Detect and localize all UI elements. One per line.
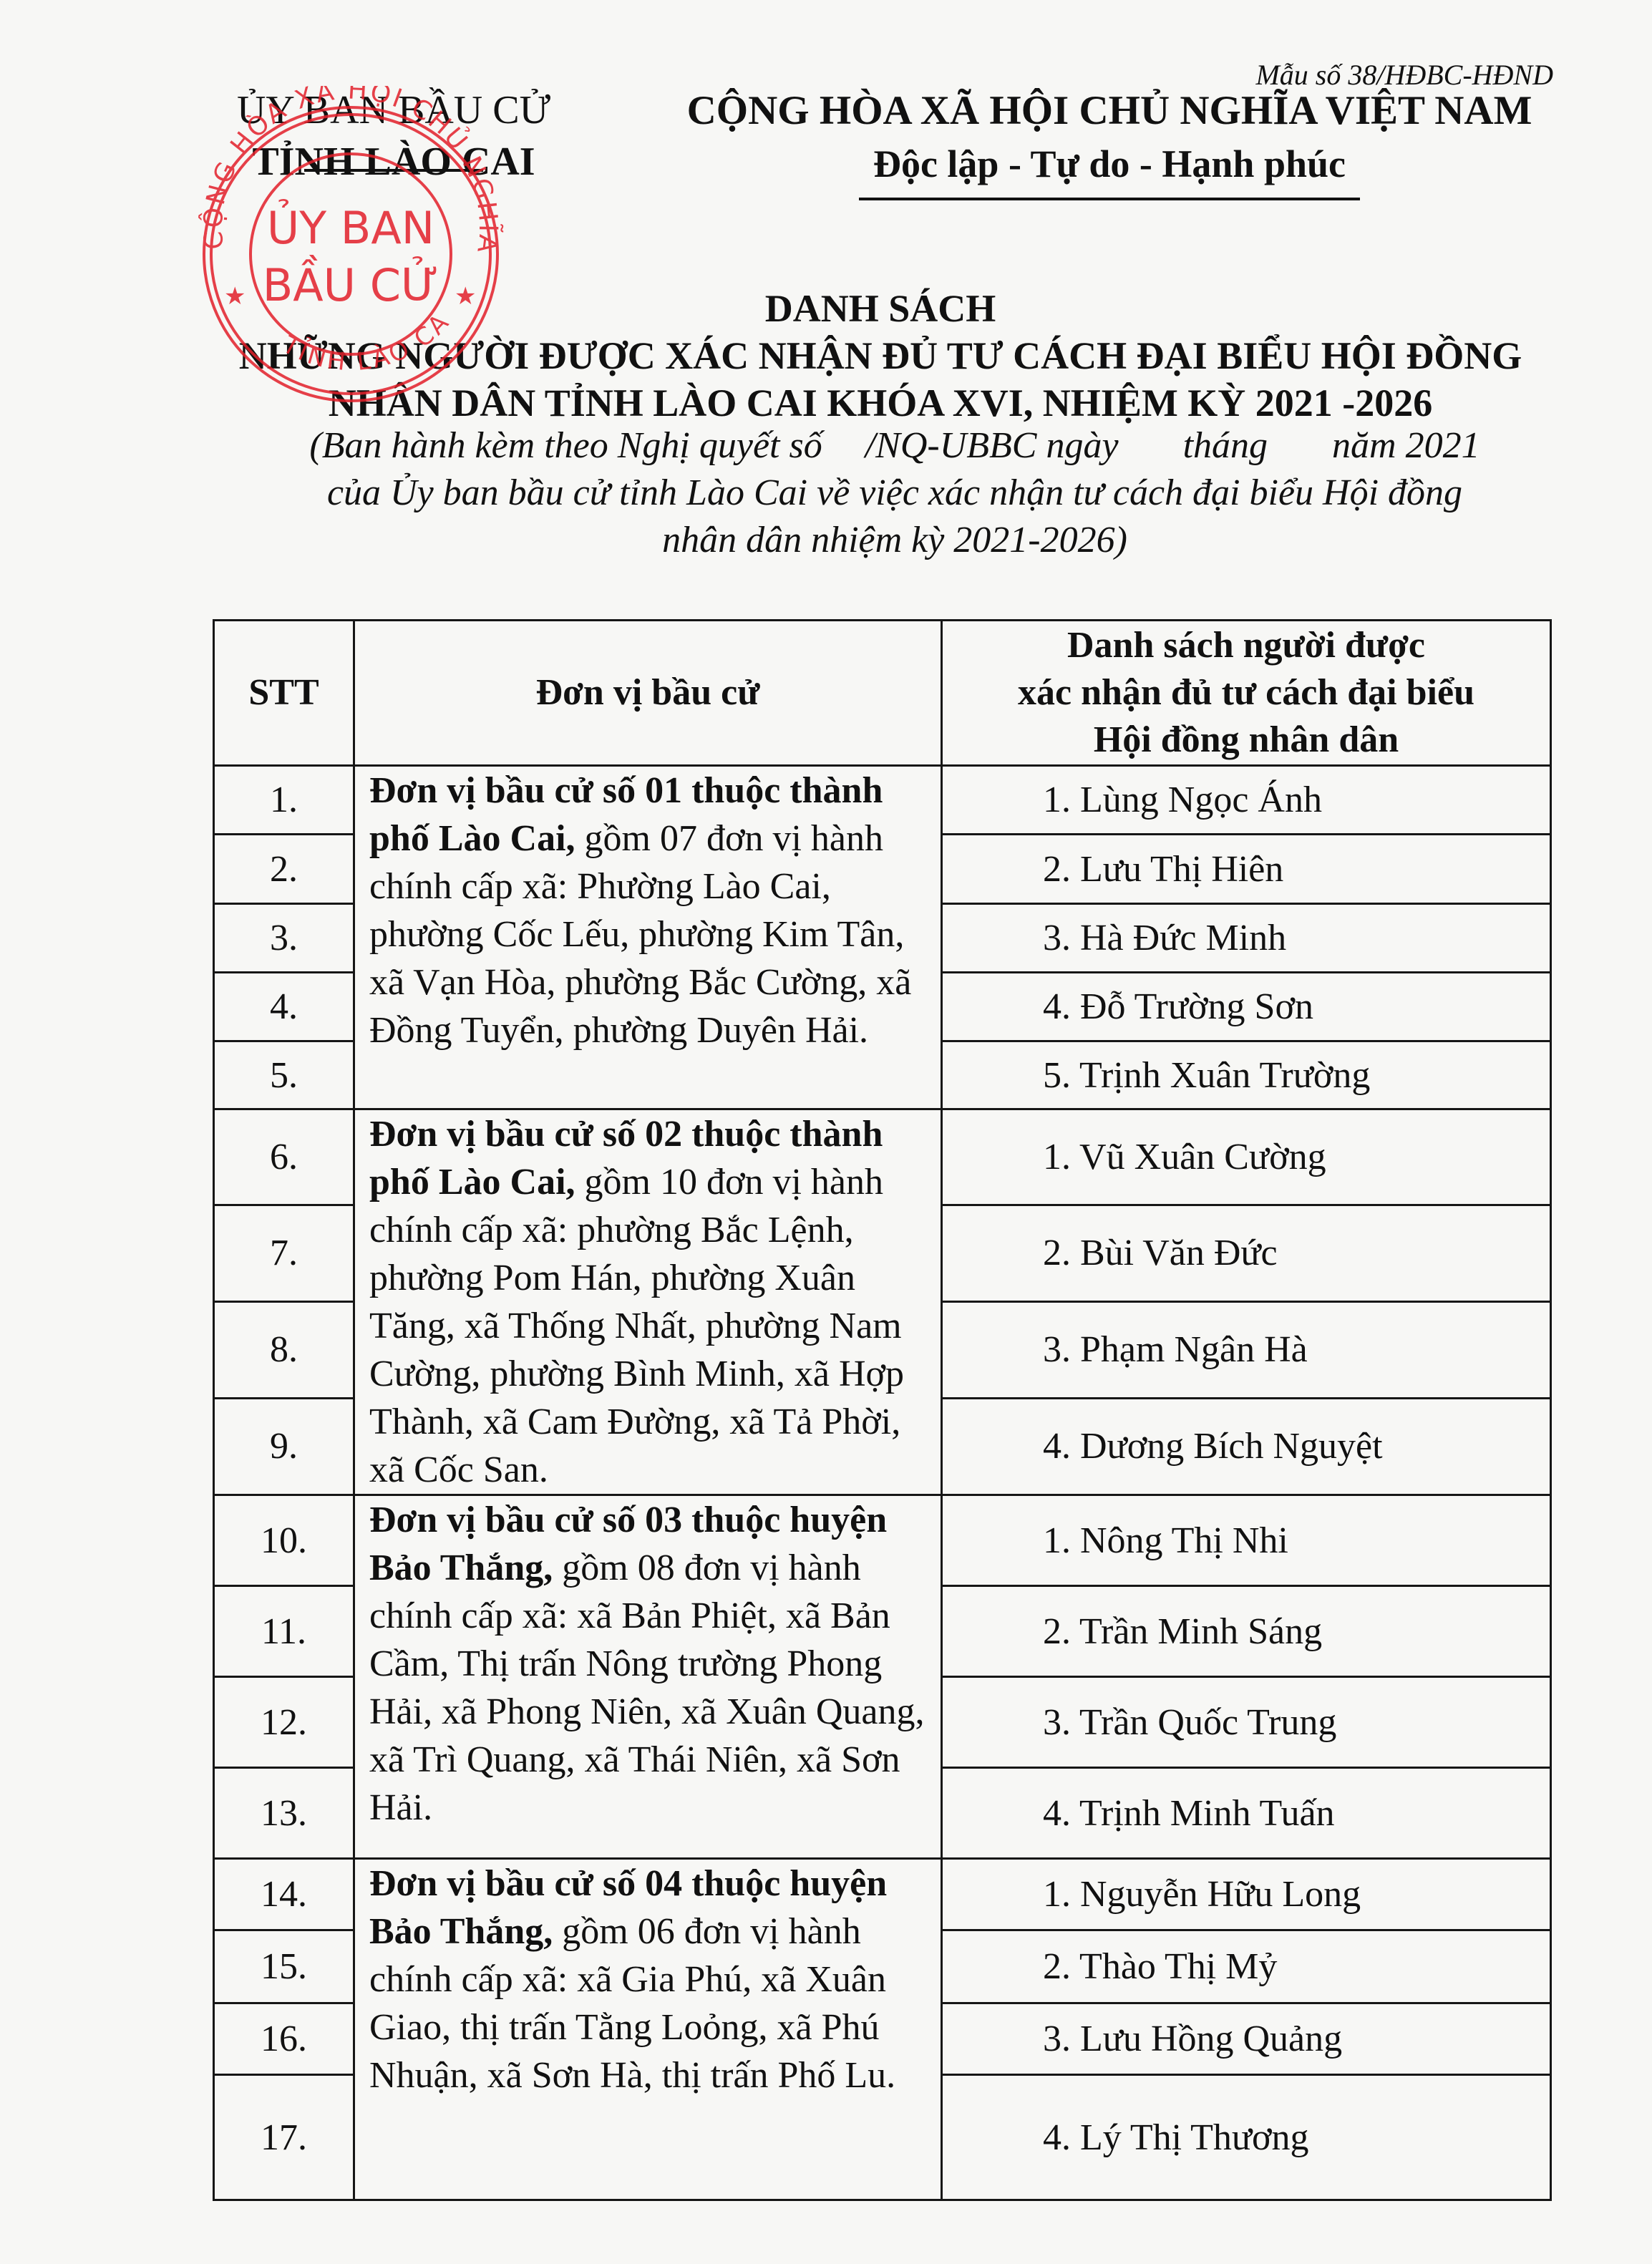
cell-delegate-name: 1. Vũ Xuân Cường	[942, 1109, 1551, 1205]
cell-delegate-name: 4. Lý Thị Thương	[942, 2075, 1551, 2200]
cell-stt: 5.	[214, 1041, 354, 1109]
subtitle-line-1: (Ban hành kèm theo Nghị quyết số/NQ-UBBC…	[215, 422, 1575, 470]
national-header: CỘNG HÒA XÃ HỘI CHỦ NGHĨA VIỆT NAM Độc l…	[644, 84, 1575, 190]
cell-delegate-name: 2. Trần Minh Sáng	[942, 1586, 1551, 1677]
cell-stt: 3.	[214, 904, 354, 973]
table-body: 1.Đơn vị bầu cử số 01 thuộc thành phố Là…	[214, 766, 1551, 2200]
title-line-2: NHỮNG NGƯỜI ĐƯỢC XÁC NHẬN ĐỦ TƯ CÁCH ĐẠI…	[200, 332, 1560, 379]
cell-delegate-name: 1. Lùng Ngọc Ánh	[942, 766, 1551, 835]
title-line-1: DANH SÁCH	[200, 285, 1560, 332]
nation-name: CỘNG HÒA XÃ HỘI CHỦ NGHĨA VIỆT NAM	[644, 84, 1575, 137]
subtitle-line-3: nhân dân nhiệm kỳ 2021-2026)	[215, 517, 1575, 564]
cell-delegate-name: 5. Trịnh Xuân Trường	[942, 1041, 1551, 1109]
cell-delegate-name: 2. Bùi Văn Đức	[942, 1205, 1551, 1301]
title-line-3: NHÂN DÂN TỈNH LÀO CAI KHÓA XVI, NHIỆM KỲ…	[200, 379, 1560, 427]
cell-stt: 15.	[214, 1930, 354, 2003]
cell-delegate-name: 3. Trần Quốc Trung	[942, 1677, 1551, 1768]
cell-stt: 7.	[214, 1205, 354, 1301]
header-names-line-3: Hội đồng nhân dân	[943, 716, 1550, 764]
cell-delegate-name: 2. Lưu Thị Hiên	[942, 835, 1551, 904]
cell-stt: 9.	[214, 1398, 354, 1495]
cell-delegate-name: 4. Dương Bích Nguyệt	[942, 1398, 1551, 1495]
motto-underline	[859, 198, 1360, 200]
cell-delegate-name: 4. Trịnh Minh Tuấn	[942, 1768, 1551, 1859]
header-unit: Đơn vị bầu cử	[354, 621, 942, 766]
cell-stt: 6.	[214, 1109, 354, 1205]
table-row: 14.Đơn vị bầu cử số 04 thuộc huyện Bảo T…	[214, 1859, 1551, 1930]
nation-motto: Độc lập - Tự do - Hạnh phúc	[644, 137, 1575, 190]
table-header-row: STT Đơn vị bầu cử Danh sách người được x…	[214, 621, 1551, 766]
cell-electoral-unit: Đơn vị bầu cử số 02 thuộc thành phố Lào …	[354, 1109, 942, 1495]
table-row: 10.Đơn vị bầu cử số 03 thuộc huyện Bảo T…	[214, 1495, 1551, 1586]
header-stt: STT	[214, 621, 354, 766]
cell-delegate-name: 3. Phạm Ngân Hà	[942, 1301, 1551, 1398]
table-row: 6.Đơn vị bầu cử số 02 thuộc thành phố Là…	[214, 1109, 1551, 1205]
cell-stt: 12.	[214, 1677, 354, 1768]
cell-delegate-name: 1. Nguyễn Hữu Long	[942, 1859, 1551, 1930]
table-row: 1.Đơn vị bầu cử số 01 thuộc thành phố Là…	[214, 766, 1551, 835]
agency-line-2: TỈNH LÀO CAI	[215, 136, 573, 188]
subtitle-part-2: /NQ-UBBC ngày	[865, 425, 1119, 466]
header-names: Danh sách người được xác nhận đủ tư cách…	[942, 621, 1551, 766]
cell-stt: 10.	[214, 1495, 354, 1586]
cell-delegate-name: 3. Lưu Hồng Quảng	[942, 2003, 1551, 2075]
cell-stt: 1.	[214, 766, 354, 835]
cell-stt: 17.	[214, 2075, 354, 2200]
cell-delegate-name: 4. Đỗ Trường Sơn	[942, 973, 1551, 1041]
agency-underline	[304, 169, 483, 172]
agency-line-1: ỦY BAN BẦU CỬ	[215, 84, 573, 136]
cell-delegate-name: 2. Thào Thị Mỷ	[942, 1930, 1551, 2003]
subtitle-part-4: năm 2021	[1332, 425, 1480, 466]
subtitle-line-2: của Ủy ban bầu cử tỉnh Lào Cai về việc x…	[215, 470, 1575, 517]
unit-description: gồm 10 đơn vị hành chính cấp xã: phường …	[369, 1162, 904, 1490]
cell-stt: 14.	[214, 1859, 354, 1930]
subtitle-part-1: (Ban hành kèm theo Nghị quyết số	[309, 425, 822, 466]
cell-electoral-unit: Đơn vị bầu cử số 01 thuộc thành phố Lào …	[354, 766, 942, 1109]
cell-stt: 2.	[214, 835, 354, 904]
cell-electoral-unit: Đơn vị bầu cử số 04 thuộc huyện Bảo Thắn…	[354, 1859, 942, 2200]
delegates-table: STT Đơn vị bầu cử Danh sách người được x…	[213, 619, 1552, 2201]
cell-delegate-name: 3. Hà Đức Minh	[942, 904, 1551, 973]
cell-delegate-name: 1. Nông Thị Nhi	[942, 1495, 1551, 1586]
cell-stt: 8.	[214, 1301, 354, 1398]
header-names-line-1: Danh sách người được	[943, 622, 1550, 669]
header-names-line-2: xác nhận đủ tư cách đại biểu	[943, 669, 1550, 716]
subtitle-part-3: tháng	[1183, 425, 1268, 466]
svg-text:ỦY BAN: ỦY BAN	[267, 199, 434, 254]
cell-electoral-unit: Đơn vị bầu cử số 03 thuộc huyện Bảo Thắn…	[354, 1495, 942, 1859]
cell-stt: 4.	[214, 973, 354, 1041]
unit-description: gồm 08 đơn vị hành chính cấp xã: xã Bản …	[369, 1548, 925, 1828]
document-title: DANH SÁCH NHỮNG NGƯỜI ĐƯỢC XÁC NHẬN ĐỦ T…	[200, 285, 1560, 427]
issuing-agency: ỦY BAN BẦU CỬ TỈNH LÀO CAI	[215, 84, 573, 188]
cell-stt: 11.	[214, 1586, 354, 1677]
document-subtitle: (Ban hành kèm theo Nghị quyết số/NQ-UBBC…	[215, 422, 1575, 564]
cell-stt: 13.	[214, 1768, 354, 1859]
cell-stt: 16.	[214, 2003, 354, 2075]
